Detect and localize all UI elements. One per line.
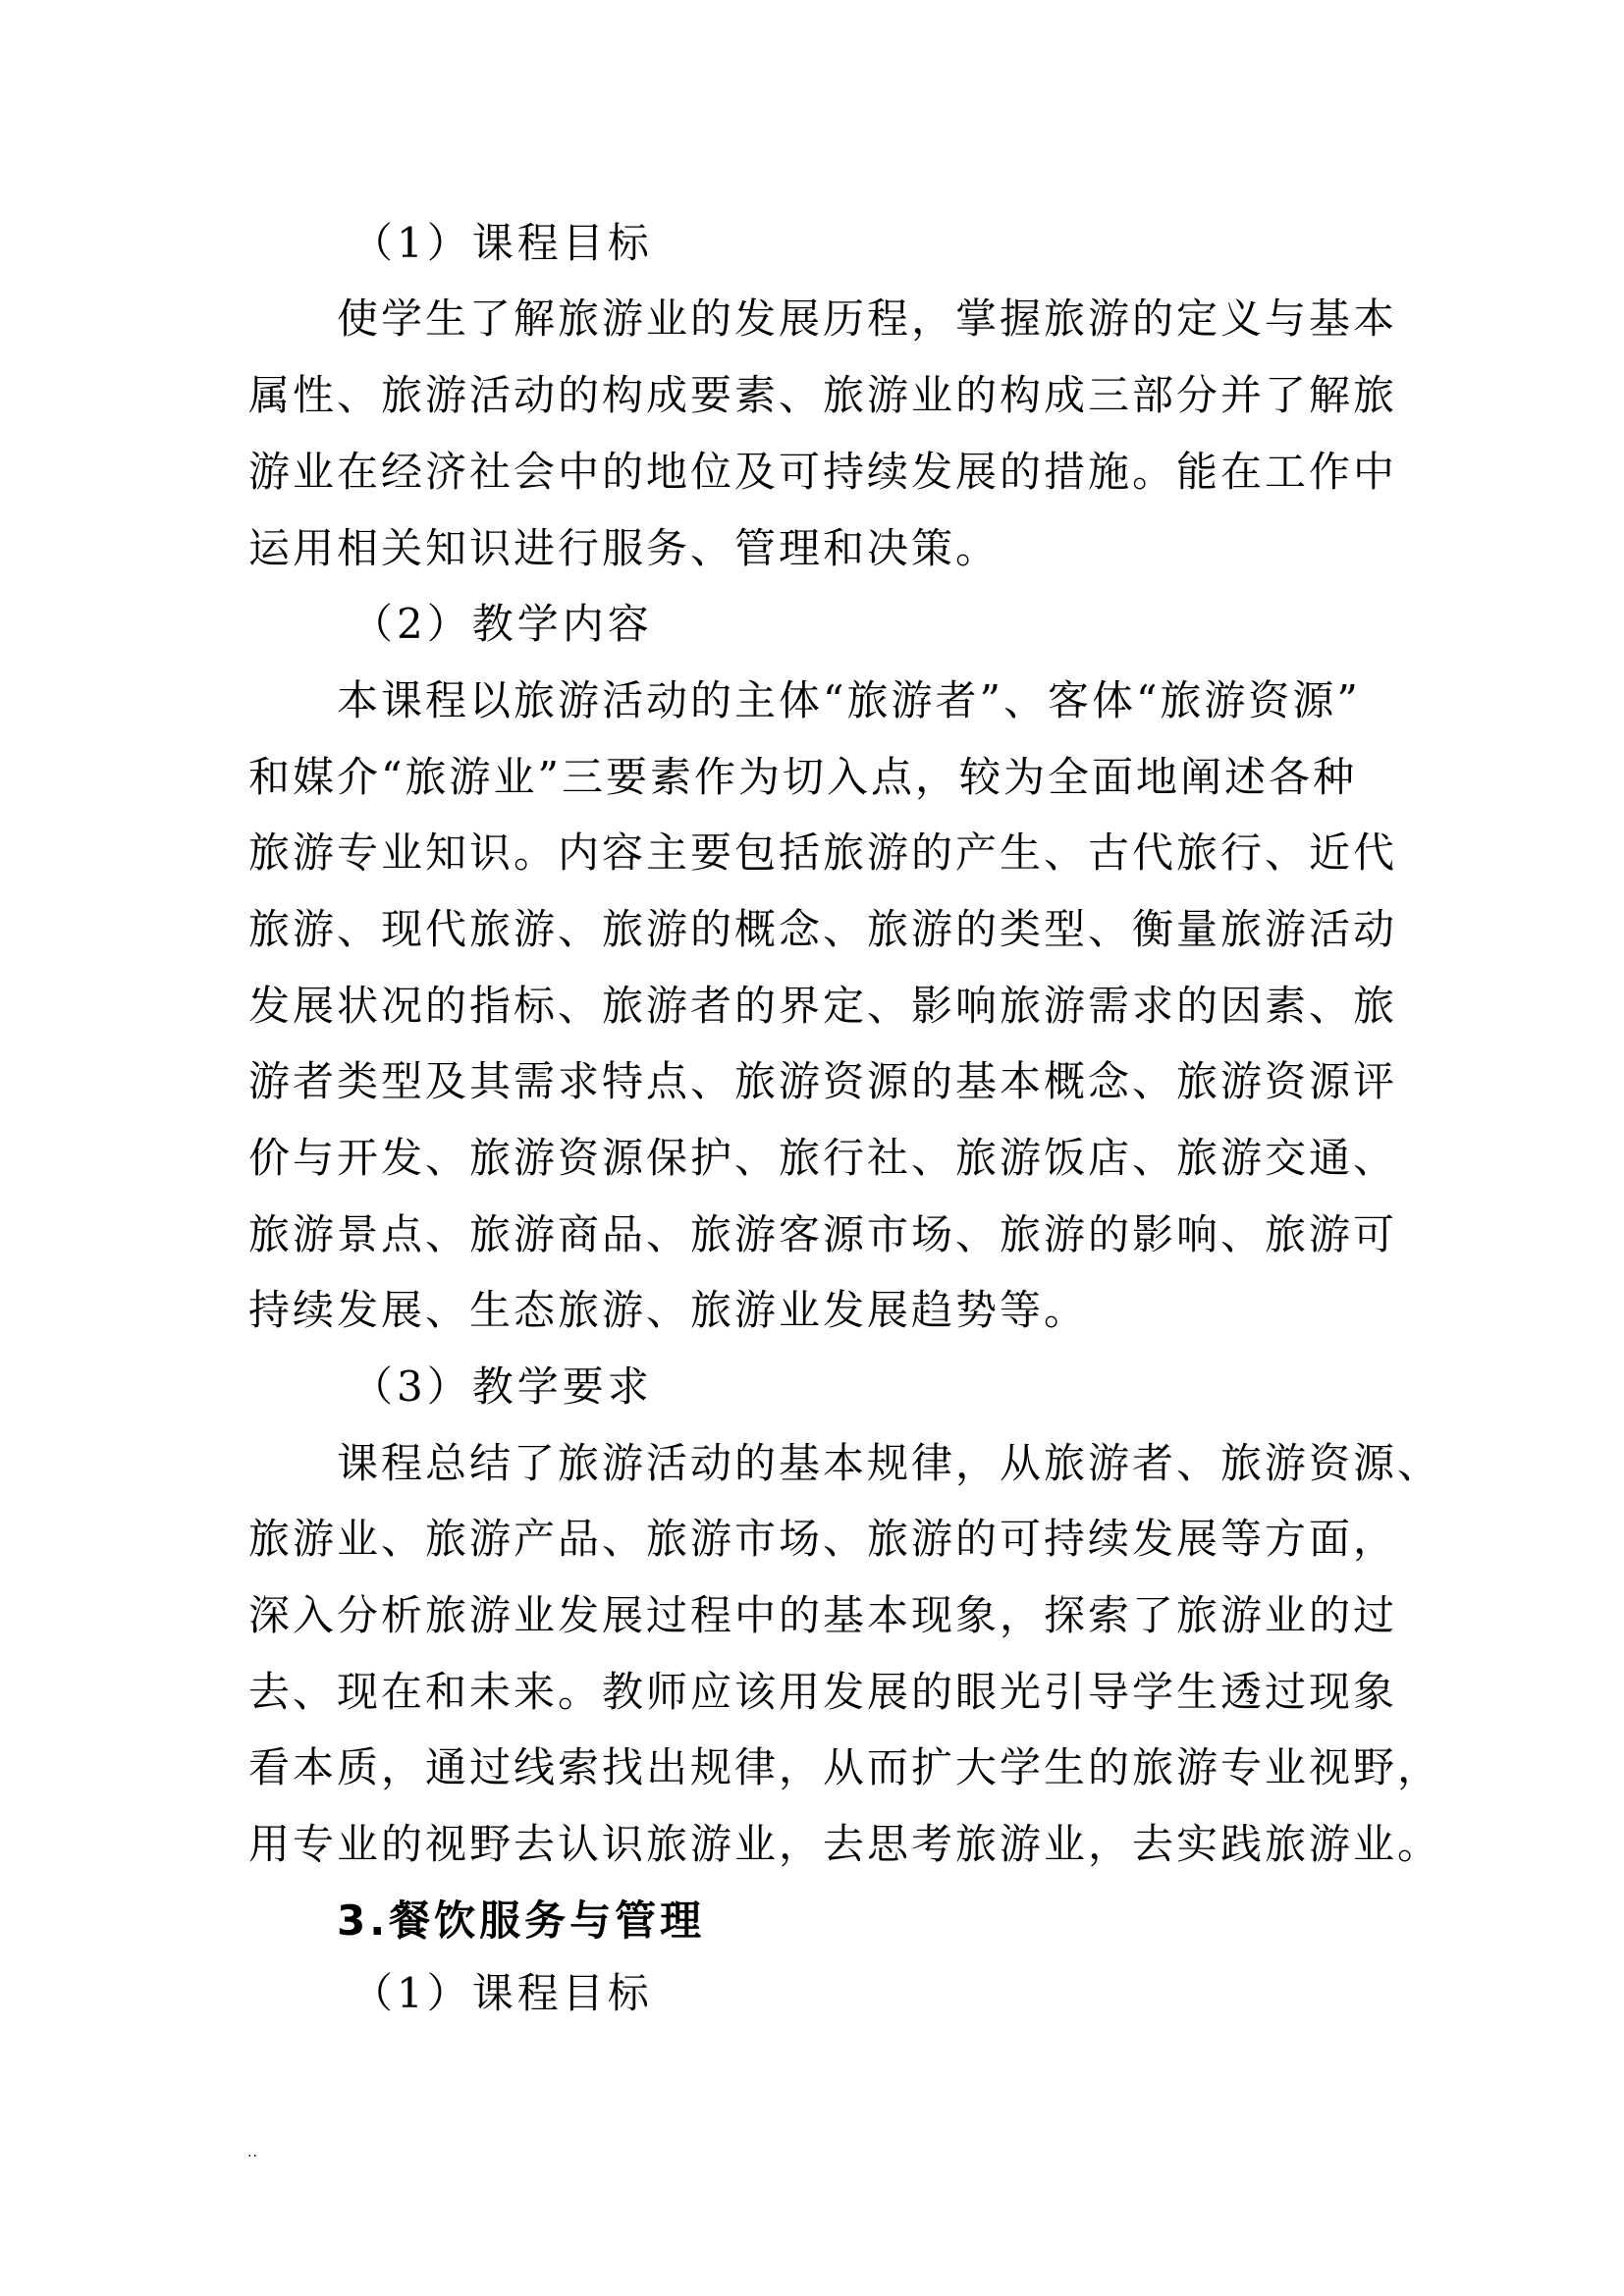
paragraph-line: 价与开发、旅游资源保护、旅行社、旅游饭店、旅游交通、 <box>248 1120 1387 1197</box>
paragraph-line: 本课程以旅游活动的主体“旅游者”、客体“旅游资源” <box>337 663 1476 739</box>
subsection-title-course-objectives: （1）课程目标 <box>352 205 1490 282</box>
paragraph-line: 旅游景点、旅游商品、旅游客源市场、旅游的影响、旅游可 <box>248 1197 1387 1273</box>
paragraph-line: 深入分析旅游业发展过程中的基本现象，探索了旅游业的过 <box>248 1577 1387 1654</box>
paragraph-line: 属性、旅游活动的构成要素、旅游业的构成三部分并了解旅 <box>248 357 1387 434</box>
subsection-title-teaching-requirements: （3）教学要求 <box>352 1349 1490 1425</box>
paragraph-line: 运用相关知识进行服务、管理和决策。 <box>248 510 1387 587</box>
paragraph-line: 用专业的视野去认识旅游业，去思考旅游业，去实践旅游业。 <box>248 1806 1387 1883</box>
subsection-title-course-objectives-2: （1）课程目标 <box>352 1955 1490 2032</box>
paragraph-line: 和媒介“旅游业”三要素作为切入点，较为全面地阐述各种 <box>248 739 1387 816</box>
paragraph-line: 持续发展、生态旅游、旅游业发展趋势等。 <box>248 1272 1387 1349</box>
paragraph-line: 课程总结了旅游活动的基本规律，从旅游者、旅游资源、 <box>337 1425 1476 1502</box>
paragraph-line: 游者类型及其需求特点、旅游资源的基本概念、旅游资源评 <box>248 1043 1387 1120</box>
paragraph-line: 游业在经济社会中的地位及可持续发展的措施。能在工作中 <box>248 434 1387 510</box>
paragraph-line: 使学生了解旅游业的发展历程，掌握旅游的定义与基本 <box>337 281 1476 357</box>
footer-mark: .. <box>247 2146 258 2160</box>
section-heading-catering-service: 3.餐饮服务与管理 <box>337 1883 1476 1959</box>
paragraph-line: 发展状况的指标、旅游者的界定、影响旅游需求的因素、旅 <box>248 968 1387 1044</box>
paragraph-line: 旅游业、旅游产品、旅游市场、旅游的可持续发展等方面， <box>248 1501 1387 1577</box>
paragraph-line: 旅游专业知识。内容主要包括旅游的产生、古代旅行、近代 <box>248 815 1387 891</box>
subsection-title-teaching-content: （2）教学内容 <box>352 586 1490 663</box>
paragraph-line: 看本质，通过线索找出规律，从而扩大学生的旅游专业视野， <box>248 1730 1387 1806</box>
paragraph-line: 旅游、现代旅游、旅游的概念、旅游的类型、衡量旅游活动 <box>248 891 1387 968</box>
paragraph-line: 去、现在和未来。教师应该用发展的眼光引导学生透过现象 <box>248 1654 1387 1731</box>
document-page: （1）课程目标 使学生了解旅游业的发展历程，掌握旅游的定义与基本 属性、旅游活动… <box>0 0 1624 2296</box>
